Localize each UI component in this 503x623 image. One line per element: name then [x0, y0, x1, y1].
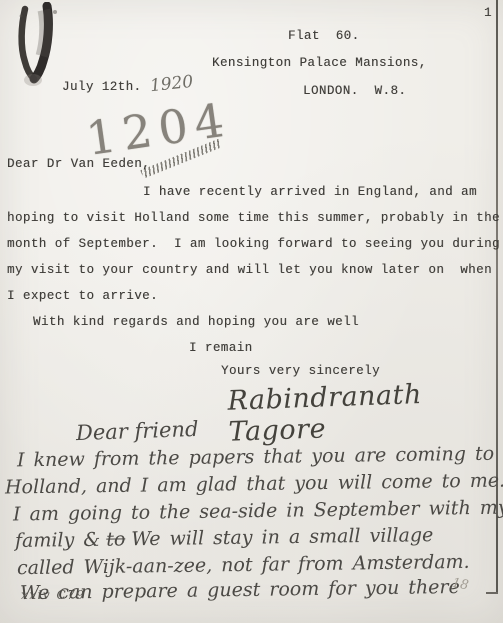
letter-body-line: I expect to arrive. [7, 289, 158, 303]
reply-line: I knew from the papers that you are comi… [17, 443, 494, 472]
letter-body-line: month of September. I am looking forward… [7, 237, 500, 251]
registry-number-pencil: 1204 [83, 92, 234, 166]
reply-line: called Wijk-aan-zee, not far from Amster… [17, 551, 470, 579]
page-edge-corner-mark [486, 592, 498, 594]
letterhead-city: LONDON. W.8. [303, 84, 406, 98]
letter-salutation: Dear Dr Van Eeden, [7, 157, 150, 171]
letter-body-line: hoping to visit Holland some time this s… [7, 211, 500, 225]
reply-line: family &toWe will stay in a small villag… [15, 524, 434, 552]
scanned-letter-page: 1 Flat 60. Kensington Palace Mansions, L… [0, 0, 503, 623]
reply-line4-post: We will stay in a small village [131, 524, 433, 550]
letter-body-line: With kind regards and hoping you are wel… [33, 315, 359, 329]
letter-closing-sincerely: Yours very sincerely [221, 364, 380, 378]
letter-body-line: my visit to your country and will let yo… [7, 263, 492, 277]
archive-code: xxiv C79 [21, 588, 85, 602]
reply-line: We can prepare a guest room for you ther… [20, 576, 460, 604]
reply-line: Holland, and I am glad that you will com… [5, 470, 503, 499]
letter-body-line: I have recently arrived in England, and … [143, 185, 477, 199]
letterhead-flat: Flat 60. [288, 29, 360, 43]
date-typed: July 12th. [62, 80, 142, 94]
reply-salutation: Dear friend [76, 417, 199, 445]
letter-closing-remain: I remain [189, 341, 253, 355]
letterhead-street: Kensington Palace Mansions, [212, 56, 427, 70]
reply-line4-pre: family & [15, 529, 101, 552]
page-number: 1 [484, 6, 492, 20]
signature-rabindranath-tagore: Rabindranath Tagore [227, 376, 503, 448]
reply-line: I am going to the sea-side in September … [13, 497, 503, 526]
date-year-handwritten: 1920 [149, 72, 194, 96]
pencil-note: 18 [451, 576, 470, 594]
ink-blot-mark [13, 2, 63, 90]
reply-line4-struck-word: to [106, 528, 125, 550]
